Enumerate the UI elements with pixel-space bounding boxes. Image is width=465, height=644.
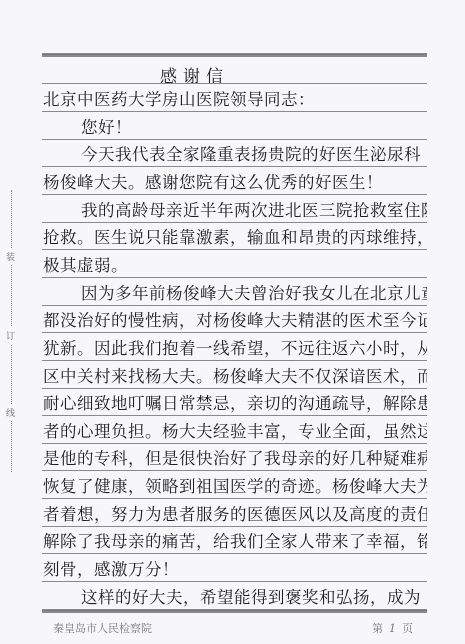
letter-line: 犹新。因此我们抱着一线希望，不远往返六小时，从海淀: [43, 339, 427, 359]
letter-line: 都没治好的慢性病，对杨俊峰大夫精湛的医术至今记忆: [43, 311, 427, 331]
page-prefix: 第: [372, 622, 383, 635]
footer-organization: 秦皇岛市人民检察院: [53, 620, 152, 636]
ruled-line: [42, 415, 427, 416]
ruled-line: [42, 332, 427, 333]
letter-page: 感谢信 北京中医药大学房山医院领导同志：您好！今天我代表全家隆重表扬贵院的好医生…: [0, 0, 465, 644]
letter-line: 杨俊峰大夫。感谢您院有这么优秀的好医生！: [43, 173, 427, 193]
letter-line: 北京中医药大学房山医院领导同志：: [43, 90, 427, 110]
footer-page-number: 第1页: [372, 620, 413, 636]
top-double-rule: [42, 53, 427, 55]
letter-line: 抢救。医生说只能靠激素，输血和昂贵的丙球维持，身体: [43, 228, 427, 248]
letter-line: 解除了我母亲的痛苦，给我们全家人带来了幸福，铭心: [43, 532, 427, 552]
ruled-line: [42, 194, 427, 195]
letter-line: 我的高龄母亲近半年两次进北医三院抢救室住院: [43, 201, 427, 221]
letter-line: 耐心细致地叮嘱日常禁忌，亲切的沟通疏导，解除患: [43, 394, 427, 414]
ruled-line: [42, 83, 427, 84]
ruled-line: [42, 111, 427, 112]
ruled-line: [42, 249, 427, 250]
ruled-line: [42, 360, 427, 361]
ruled-line: [42, 222, 427, 223]
ruled-line: [42, 305, 427, 306]
letter-line: 者着想，努力为患者服务的医德医风以及高度的责任感，: [43, 505, 427, 525]
letter-line: 这样的好大夫，希望能得到褒奖和弘扬，成为: [43, 588, 427, 608]
letter-line: 刻骨，感激万分！: [43, 560, 427, 580]
letter-line: 您好！: [43, 118, 427, 138]
ruled-line: [42, 498, 427, 499]
ruled-line: [42, 388, 427, 389]
ruled-line: [42, 470, 427, 471]
ruled-line: [42, 553, 427, 554]
ruled-line: [42, 166, 427, 167]
letter-line: 者的心理负担。杨大夫经验丰富，专业全面，虽然这不: [43, 422, 427, 442]
letter-line: 今天我代表全家隆重表扬贵院的好医生泌尿科: [43, 145, 427, 165]
letter-line: 是他的专科，但是很快治好了我母亲的好几种疑难病，: [43, 449, 427, 469]
page-suffix: 页: [402, 622, 413, 635]
ruled-line: [42, 139, 427, 140]
ruled-line: [42, 526, 427, 527]
ruled-line: [42, 581, 427, 582]
letter-line: 恢复了健康，领略到祖国医学的奇迹。杨俊峰大夫为患: [43, 477, 427, 497]
binding-mark-zhuang: 装: [6, 248, 15, 265]
letter-line: 因为多年前杨俊峰大夫曾治好我女儿在北京儿童医院: [43, 284, 427, 304]
letter-line: 区中关村来找杨大夫。杨俊峰大夫不仅深谙医术，而且: [43, 367, 427, 387]
binding-mark-xian: 线: [6, 404, 15, 421]
bottom-double-rule: [42, 609, 427, 611]
letter-line: 极其虚弱。: [43, 256, 427, 276]
ruled-line: [42, 277, 427, 278]
binding-mark-ding: 订: [6, 327, 15, 344]
ruled-line: [42, 443, 427, 444]
page-number: 1: [389, 622, 396, 635]
